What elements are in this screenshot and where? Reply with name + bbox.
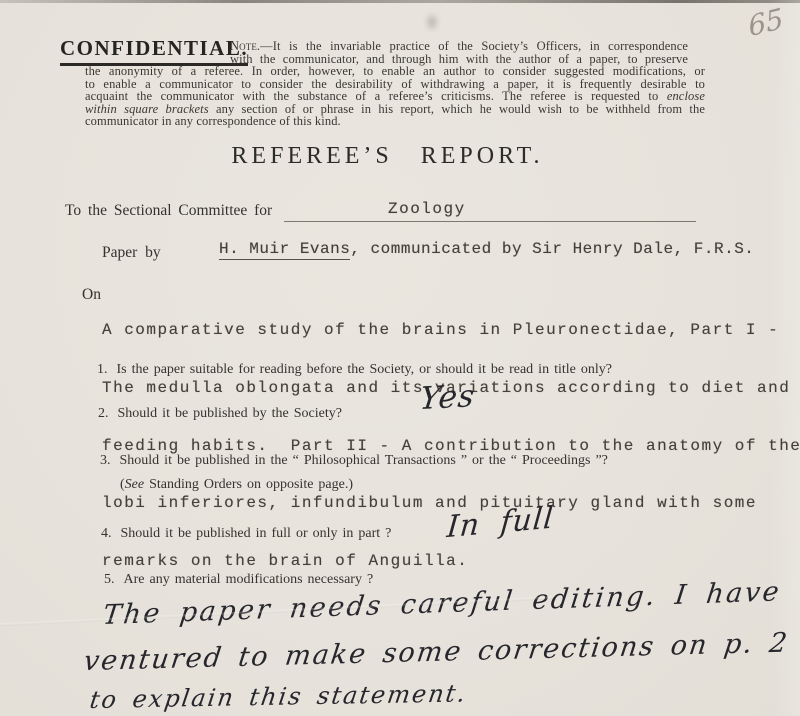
note-label: Note. (230, 39, 260, 53)
scan-top-edge (0, 0, 800, 3)
question-4-text: Should it be published in full or only i… (121, 526, 392, 541)
question-1-text: Is the paper suitable for reading before… (117, 362, 612, 377)
note-line-7: communicator in any correspondence of th… (85, 115, 705, 128)
paper-by-value-typed: H. Muir Evans, communicated by Sir Henry… (219, 240, 754, 258)
question-3-text: Should it be published in the “ Philosop… (120, 453, 608, 468)
subject-line-1: A comparative study of the brains in Ple… (102, 321, 800, 340)
question-4: 4.Should it be published in full or only… (101, 526, 391, 542)
paper-by-label: Paper by (102, 244, 161, 262)
paper-subject-typed: A comparative study of the brains in Ple… (102, 283, 800, 609)
committee-fill-line (284, 221, 696, 222)
note-line-3: the anonymity of a referee. In order, ho… (85, 65, 705, 78)
question-5-text: Are any material modifications necessary… (124, 572, 374, 587)
question-5-number: 5. (104, 572, 115, 588)
question-1: 1.Is the paper suitable for reading befo… (97, 362, 612, 378)
subject-line-5: remarks on the brain of Anguilla. (102, 552, 800, 571)
handwritten-note-line-3: to explain this statement. (88, 679, 469, 714)
paper-smudge (424, 12, 440, 32)
question-2: 2.Should it be published by the Society? (98, 406, 342, 422)
paper-author-name: H. Muir Evans (219, 240, 350, 260)
question-3-subnote: (See Standing Orders on opposite page.) (120, 477, 353, 493)
report-title: REFEREE’S REPORT. (0, 143, 775, 170)
paper-communicated-by: , communicated by Sir Henry Dale, F.R.S. (350, 240, 754, 258)
handwritten-answer-q2: Yes (418, 378, 477, 417)
handwritten-note-line-2: ventured to make some corrections on p. … (82, 627, 791, 677)
committee-label: To the Sectional Committee for (65, 202, 272, 220)
question-1-number: 1. (97, 362, 108, 378)
scanned-document-page: 65 CONFIDENTIAL. Note.—It is the invaria… (0, 0, 800, 716)
note-line-1: Note.—It is the invariable practice of t… (230, 40, 688, 53)
question-5: 5.Are any material modifications necessa… (104, 572, 373, 588)
question-2-number: 2. (98, 406, 109, 422)
question-3: 3.Should it be published in the “ Philos… (100, 453, 608, 469)
question-2-text: Should it be published by the Society? (118, 406, 342, 421)
question-4-number: 4. (101, 526, 112, 542)
confidential-label: CONFIDENTIAL. (60, 36, 248, 66)
see-italic: See (125, 477, 144, 492)
committee-value-typed: Zoology (388, 200, 466, 218)
subject-label: On (82, 286, 101, 304)
question-3-number: 3. (100, 453, 111, 469)
